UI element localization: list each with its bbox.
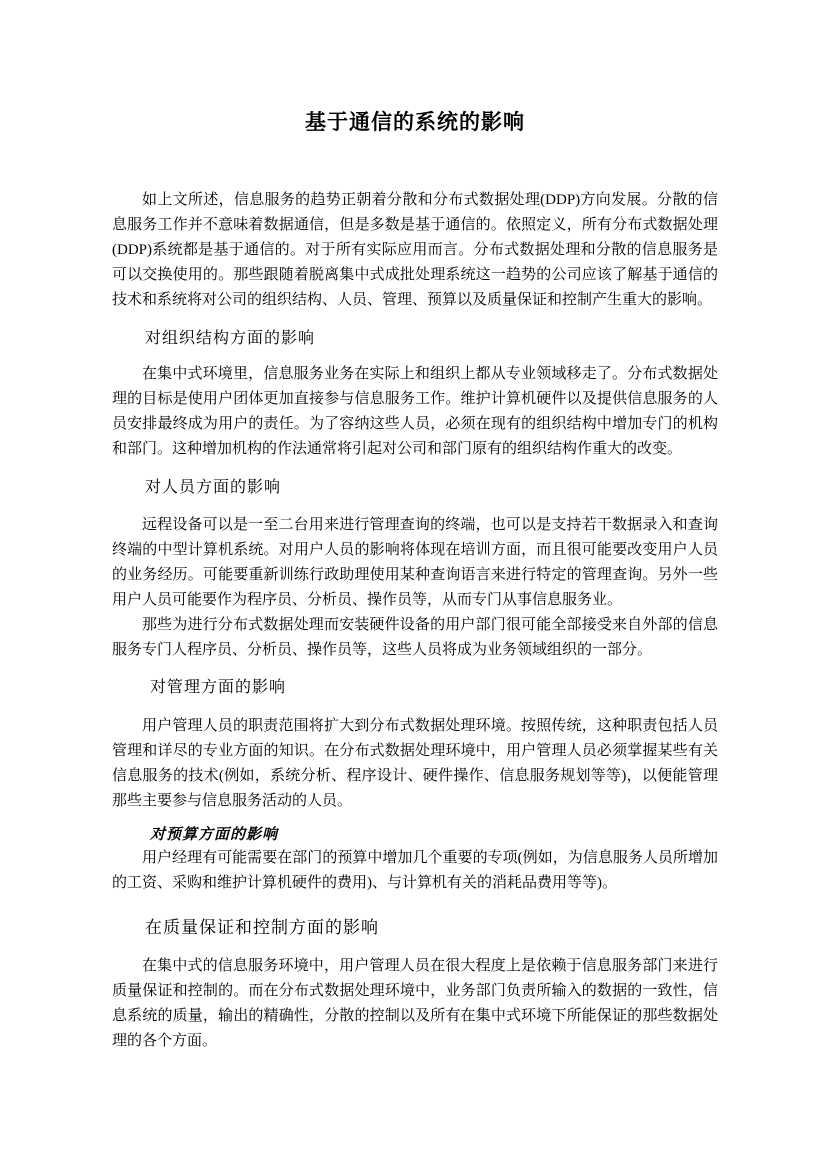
section-heading-management: 对管理方面的影响 bbox=[150, 678, 718, 698]
document-page: 基于通信的系统的影响 如上文所述，信息服务的趋势正朝着分散和分布式数据处理(DD… bbox=[0, 0, 827, 1169]
section-heading-quality: 在质量保证和控制方面的影响 bbox=[145, 918, 718, 938]
section-paragraph: 那些为进行分布式数据处理而安装硬件设备的用户部门很可能全部接受来自外部的信息服务… bbox=[112, 613, 718, 663]
section-paragraph: 在集中式的信息服务环境中，用户管理人员在很大程度上是依赖于信息服务部门来进行质量… bbox=[112, 954, 718, 1054]
section-personnel: 对人员方面的影响 远程设备可以是一至二台用来进行管理查询的终端，也可以是支持若干… bbox=[112, 478, 718, 663]
section-organization: 对组织结构方面的影响 在集中式环境里，信息服务业务在实际上和组织上都从专业领域移… bbox=[112, 329, 718, 462]
section-paragraph: 在集中式环境里，信息服务业务在实际上和组织上都从专业领域移走了。分布式数据处理的… bbox=[112, 362, 718, 462]
section-heading-budget: 对预算方面的影响 bbox=[150, 824, 718, 846]
section-heading-personnel: 对人员方面的影响 bbox=[145, 478, 718, 498]
section-management: 对管理方面的影响 用户管理人员的职责范围将扩大到分布式数据处理环境。按照传统，这… bbox=[112, 678, 718, 814]
section-paragraph: 用户经理有可能需要在部门的预算中增加几个重要的专项(例如，为信息服务人员所增加的… bbox=[112, 846, 718, 896]
section-paragraph: 用户管理人员的职责范围将扩大到分布式数据处理环境。按照传统，这种职责包括人员管理… bbox=[112, 714, 718, 814]
section-heading-organization: 对组织结构方面的影响 bbox=[145, 329, 718, 349]
intro-paragraph: 如上文所述，信息服务的趋势正朝着分散和分布式数据处理(DDP)方向发展。分散的信… bbox=[112, 188, 718, 313]
section-quality: 在质量保证和控制方面的影响 在集中式的信息服务环境中，用户管理人员在很大程度上是… bbox=[112, 918, 718, 1054]
section-budget: 对预算方面的影响 用户经理有可能需要在部门的预算中增加几个重要的专项(例如，为信… bbox=[112, 824, 718, 896]
document-title: 基于通信的系统的影响 bbox=[112, 112, 718, 134]
section-paragraph: 远程设备可以是一至二台用来进行管理查询的终端，也可以是支持若干数据录入和查询终端… bbox=[112, 513, 718, 613]
